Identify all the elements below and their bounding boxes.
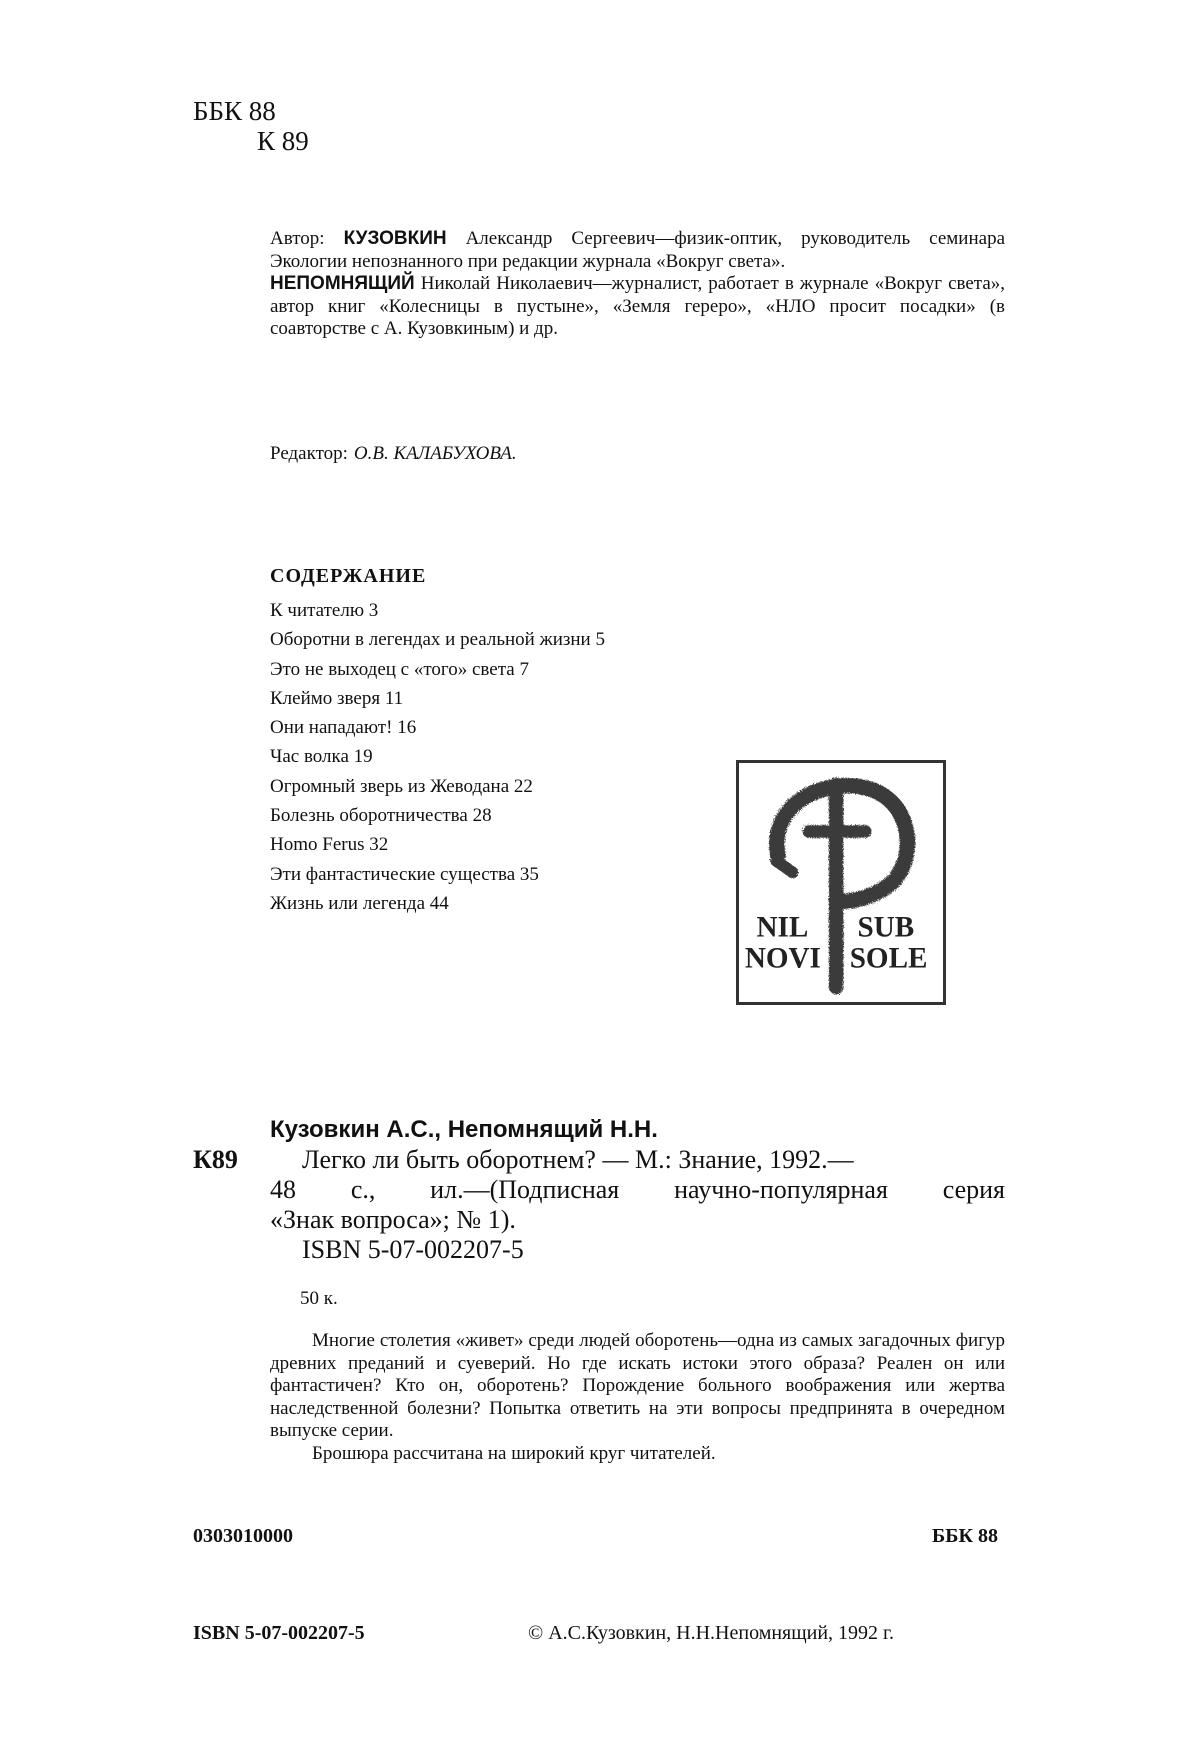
toc-item-title: Огромный зверь из Жеводана — [270, 776, 509, 797]
authors-block: Автор: КУЗОВКИН Александр Сергеевич—физи… — [270, 228, 1005, 341]
toc-item-title: Болезнь оборотничества — [270, 805, 468, 826]
cross-circle-emblem-icon: NIL SUB NOVI SOLE — [739, 763, 943, 1002]
authors-label: Автор: — [270, 228, 325, 249]
bib-title-line: Легко ли быть оборотнем? — М.: Знание, 1… — [270, 1145, 1005, 1175]
toc-item-title: Эти фантастические существа — [270, 864, 515, 885]
toc-item-page: 19 — [354, 746, 373, 767]
table-of-contents: К читателю 3Оборотни в легендах и реальн… — [270, 596, 605, 918]
annotation-paragraph-2: Брошюра рассчитана на широкий круг читат… — [270, 1443, 1005, 1466]
toc-item-title: Жизнь или легенда — [270, 893, 425, 914]
author-1: Автор: КУЗОВКИН Александр Сергеевич—физи… — [270, 228, 1005, 273]
bib-isbn: ISBN 5-07-002207-5 — [193, 1235, 1005, 1265]
annotation: Многие столетия «живет» среди людей обор… — [270, 1330, 1005, 1465]
toc-item-title: Homo Ferus — [270, 834, 364, 855]
bib-series-name: «Знак вопроса»; № 1). — [270, 1205, 1005, 1235]
toc-item-page: 11 — [385, 688, 403, 709]
toc-item-page: 44 — [430, 893, 449, 914]
toc-item: Эти фантастические существа 35 — [270, 860, 605, 889]
svg-text:SUB: SUB — [858, 911, 915, 943]
publication-code: 0303010000 — [193, 1525, 293, 1548]
author-2-surname: НЕПОМНЯЩИЙ — [270, 273, 415, 294]
toc-item: Homo Ferus 32 — [270, 830, 605, 859]
author-1-surname: КУЗОВКИН — [344, 228, 447, 249]
toc-item-title: Они нападают! — [270, 717, 392, 738]
toc-item: Это не выходец с «того» света 7 — [270, 655, 605, 684]
toc-item-page: 28 — [473, 805, 492, 826]
bib-series-line: 48 с., ил.—(Подписная научно-популярная … — [270, 1175, 1005, 1205]
toc-item: Они нападают! 16 — [270, 713, 605, 742]
editor-name: О.В. КАЛАБУХОВА. — [354, 443, 517, 464]
toc-item: Клеймо зверя 11 — [270, 684, 605, 713]
author-mark: К 89 — [193, 126, 309, 156]
author-2: НЕПОМНЯЩИЙ Николай Николаевич—журналист,… — [270, 273, 1005, 341]
bibliographic-record: Кузовкин А.С., Непомнящий Н.Н. К89 Легко… — [193, 1115, 1005, 1265]
bbk-code: ББК 88 — [193, 96, 276, 126]
toc-item-title: Это не выходец с «того» света — [270, 659, 515, 680]
toc-item-page: 3 — [369, 600, 379, 621]
toc-item-title: К читателю — [270, 600, 364, 621]
toc-title: СОДЕРЖАНИЕ — [270, 565, 426, 588]
bbk-index: ББК 88 К 89 — [193, 96, 309, 156]
series-logo: NIL SUB NOVI SOLE — [736, 760, 946, 1005]
toc-item-title: Час волка — [270, 746, 349, 767]
toc-item: К читателю 3 — [270, 596, 605, 625]
toc-item-page: 35 — [520, 864, 539, 885]
svg-text:SOLE: SOLE — [850, 943, 928, 975]
footer-isbn: ISBN 5-07-002207-5 — [193, 1622, 365, 1645]
bib-code: К89 — [193, 1145, 238, 1175]
toc-item-page: 16 — [397, 717, 416, 738]
svg-text:NIL: NIL — [756, 911, 808, 943]
annotation-paragraph-1: Многие столетия «живет» среди людей обор… — [270, 1330, 1005, 1443]
toc-item-title: Оборотни в легендах и реальной жизни — [270, 629, 591, 650]
price: 50 к. — [300, 1288, 338, 1310]
toc-item: Болезнь оборотничества 28 — [270, 801, 605, 830]
toc-item-page: 22 — [514, 776, 533, 797]
editor-label: Редактор: — [270, 443, 348, 464]
toc-item-title: Клеймо зверя — [270, 688, 380, 709]
toc-item-page: 7 — [519, 659, 529, 680]
copyright: © А.С.Кузовкин, Н.Н.Непомнящий, 1992 г. — [528, 1622, 894, 1645]
footer-bbk: ББК 88 — [932, 1525, 998, 1548]
bib-authors: Кузовкин А.С., Непомнящий Н.Н. — [193, 1115, 1005, 1145]
toc-item: Оборотни в легендах и реальной жизни 5 — [270, 625, 605, 654]
toc-item: Огромный зверь из Жеводана 22 — [270, 772, 605, 801]
svg-text:NOVI: NOVI — [745, 943, 821, 975]
toc-item: Жизнь или легенда 44 — [270, 889, 605, 918]
editor-line: Редактор:О.В. КАЛАБУХОВА. — [270, 443, 517, 465]
toc-item: Час волка 19 — [270, 742, 605, 771]
toc-item-page: 5 — [595, 629, 605, 650]
toc-item-page: 32 — [369, 834, 388, 855]
